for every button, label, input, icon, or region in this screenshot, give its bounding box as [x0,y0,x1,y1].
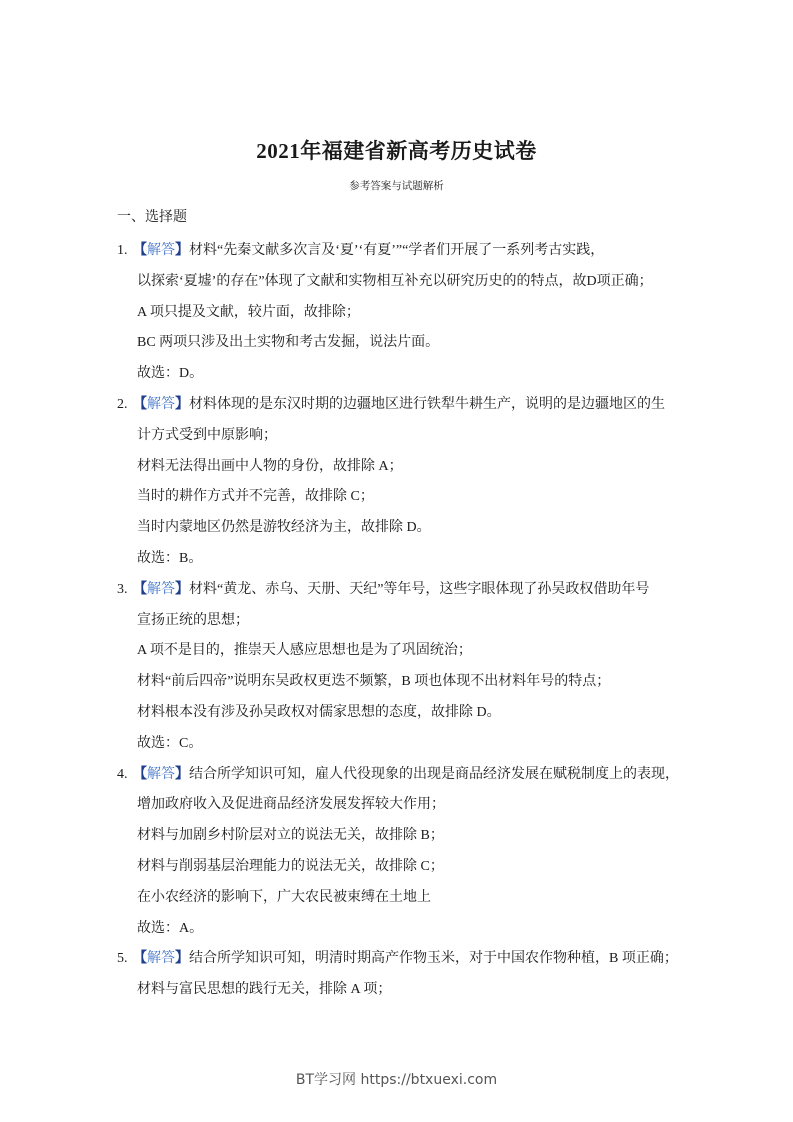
answer-conclusion: 故选：B。 [117,544,677,575]
tag-close-bracket: 】 [175,243,189,258]
answer-line: 当时内蒙地区仍然是游牧经济为主，故排除 D。 [117,513,677,544]
answer-line: 以探索‘夏墟’的存在”体现了文献和实物相互补充以研究历史的的特点，故D项正确； [117,267,677,298]
question-number: 2. [117,390,133,421]
answer-first-line: 2.【解答】材料体现的是东汉时期的边疆地区进行铁犁牛耕生产，说明的是边疆地区的生 [117,390,677,421]
answer-item-2: 2.【解答】材料体现的是东汉时期的边疆地区进行铁犁牛耕生产，说明的是边疆地区的生… [117,390,677,575]
tag-open-bracket: 【 [133,951,147,966]
tag-open-bracket: 【 [133,397,147,412]
answer-conclusion: 故选：D。 [117,359,677,390]
answer-line: BC 两项只涉及出土实物和考古发掘，说法片面。 [117,328,677,359]
answer-tag-label: 解答 [147,243,175,258]
answer-line: 当时的耕作方式并不完善，故排除 C； [117,482,677,513]
answer-conclusion: 故选：C。 [117,729,677,760]
answer-line: 增加政府收入及促进商品经济发展发挥较大作用； [117,790,677,821]
page-subtitle: 参考答案与试题解析 [0,178,793,193]
answer-line: 材料与削弱基层治理能力的说法无关，故排除 C； [117,852,677,883]
answer-tag-label: 解答 [147,767,175,782]
answer-line: 在小农经济的影响下，广大农民被束缚在土地上 [117,883,677,914]
answer-line: 材料与加剧乡村阶层对立的说法无关，故排除 B； [117,821,677,852]
answer-text: 材料“先秦文献多次言及‘夏’‘有夏’”“学者们开展了一系列考古实践， [189,243,604,258]
answer-item-4: 4.【解答】结合所学知识可知，雇人代役现象的出现是商品经济发展在赋税制度上的表现… [117,760,677,945]
answer-text: 材料“黄龙、赤乌、天册、天纪”等年号，这些字眼体现了孙吴政权借助年号 [189,582,649,597]
answer-item-5: 5.【解答】结合所学知识可知，明清时期高产作物玉米，对于中国农作物种植，B 项正… [117,944,677,1006]
answer-tag-label: 解答 [147,397,175,412]
answer-item-1: 1.【解答】材料“先秦文献多次言及‘夏’‘有夏’”“学者们开展了一系列考古实践，… [117,236,677,390]
answer-first-line: 5.【解答】结合所学知识可知，明清时期高产作物玉米，对于中国农作物种植，B 项正… [117,944,677,975]
answer-first-line: 4.【解答】结合所学知识可知，雇人代役现象的出现是商品经济发展在赋税制度上的表现… [117,760,677,791]
answer-line: A 项不是目的，推崇天人感应思想也是为了巩固统治； [117,636,677,667]
question-number: 5. [117,944,133,975]
answer-first-line: 1.【解答】材料“先秦文献多次言及‘夏’‘有夏’”“学者们开展了一系列考古实践， [117,236,677,267]
footer-watermark: BT学习网 https://btxuexi.com [0,1069,793,1089]
page-title: 2021年福建省新高考历史试卷 [0,135,793,165]
question-number: 1. [117,236,133,267]
tag-open-bracket: 【 [133,767,147,782]
answer-line: 材料与富民思想的践行无关，排除 A 项； [117,975,677,1006]
answer-tag-label: 解答 [147,951,175,966]
answer-tag-label: 解答 [147,582,175,597]
answer-item-3: 3.【解答】材料“黄龙、赤乌、天册、天纪”等年号，这些字眼体现了孙吴政权借助年号… [117,575,677,760]
answer-text: 材料体现的是东汉时期的边疆地区进行铁犁牛耕生产，说明的是边疆地区的生 [189,397,665,412]
tag-close-bracket: 】 [175,767,189,782]
answer-conclusion: 故选：A。 [117,914,677,945]
answer-line: 材料根本没有涉及孙吴政权对儒家思想的态度，故排除 D。 [117,698,677,729]
question-number: 4. [117,760,133,791]
tag-open-bracket: 【 [133,243,147,258]
question-number: 3. [117,575,133,606]
tag-close-bracket: 】 [175,397,189,412]
answer-line: A 项只提及文献，较片面，故排除； [117,298,677,329]
answer-text: 结合所学知识可知，明清时期高产作物玉米，对于中国农作物种植，B 项正确； [189,951,678,966]
answer-list: 1.【解答】材料“先秦文献多次言及‘夏’‘有夏’”“学者们开展了一系列考古实践，… [117,236,677,1006]
tag-open-bracket: 【 [133,582,147,597]
answer-line: 材料无法得出画中人物的身份，故排除 A； [117,452,677,483]
answer-line: 宣扬正统的思想； [117,606,677,637]
tag-close-bracket: 】 [175,582,189,597]
answer-text: 结合所学知识可知，雇人代役现象的出现是商品经济发展在赋税制度上的表现， [189,767,679,782]
tag-close-bracket: 】 [175,951,189,966]
answer-line: 计方式受到中原影响； [117,421,677,452]
section-heading: 一、选择题 [117,206,187,226]
answer-line: 材料“前后四帝”说明东吴政权更迭不频繁，B 项也体现不出材料年号的特点； [117,667,677,698]
answer-first-line: 3.【解答】材料“黄龙、赤乌、天册、天纪”等年号，这些字眼体现了孙吴政权借助年号 [117,575,677,606]
